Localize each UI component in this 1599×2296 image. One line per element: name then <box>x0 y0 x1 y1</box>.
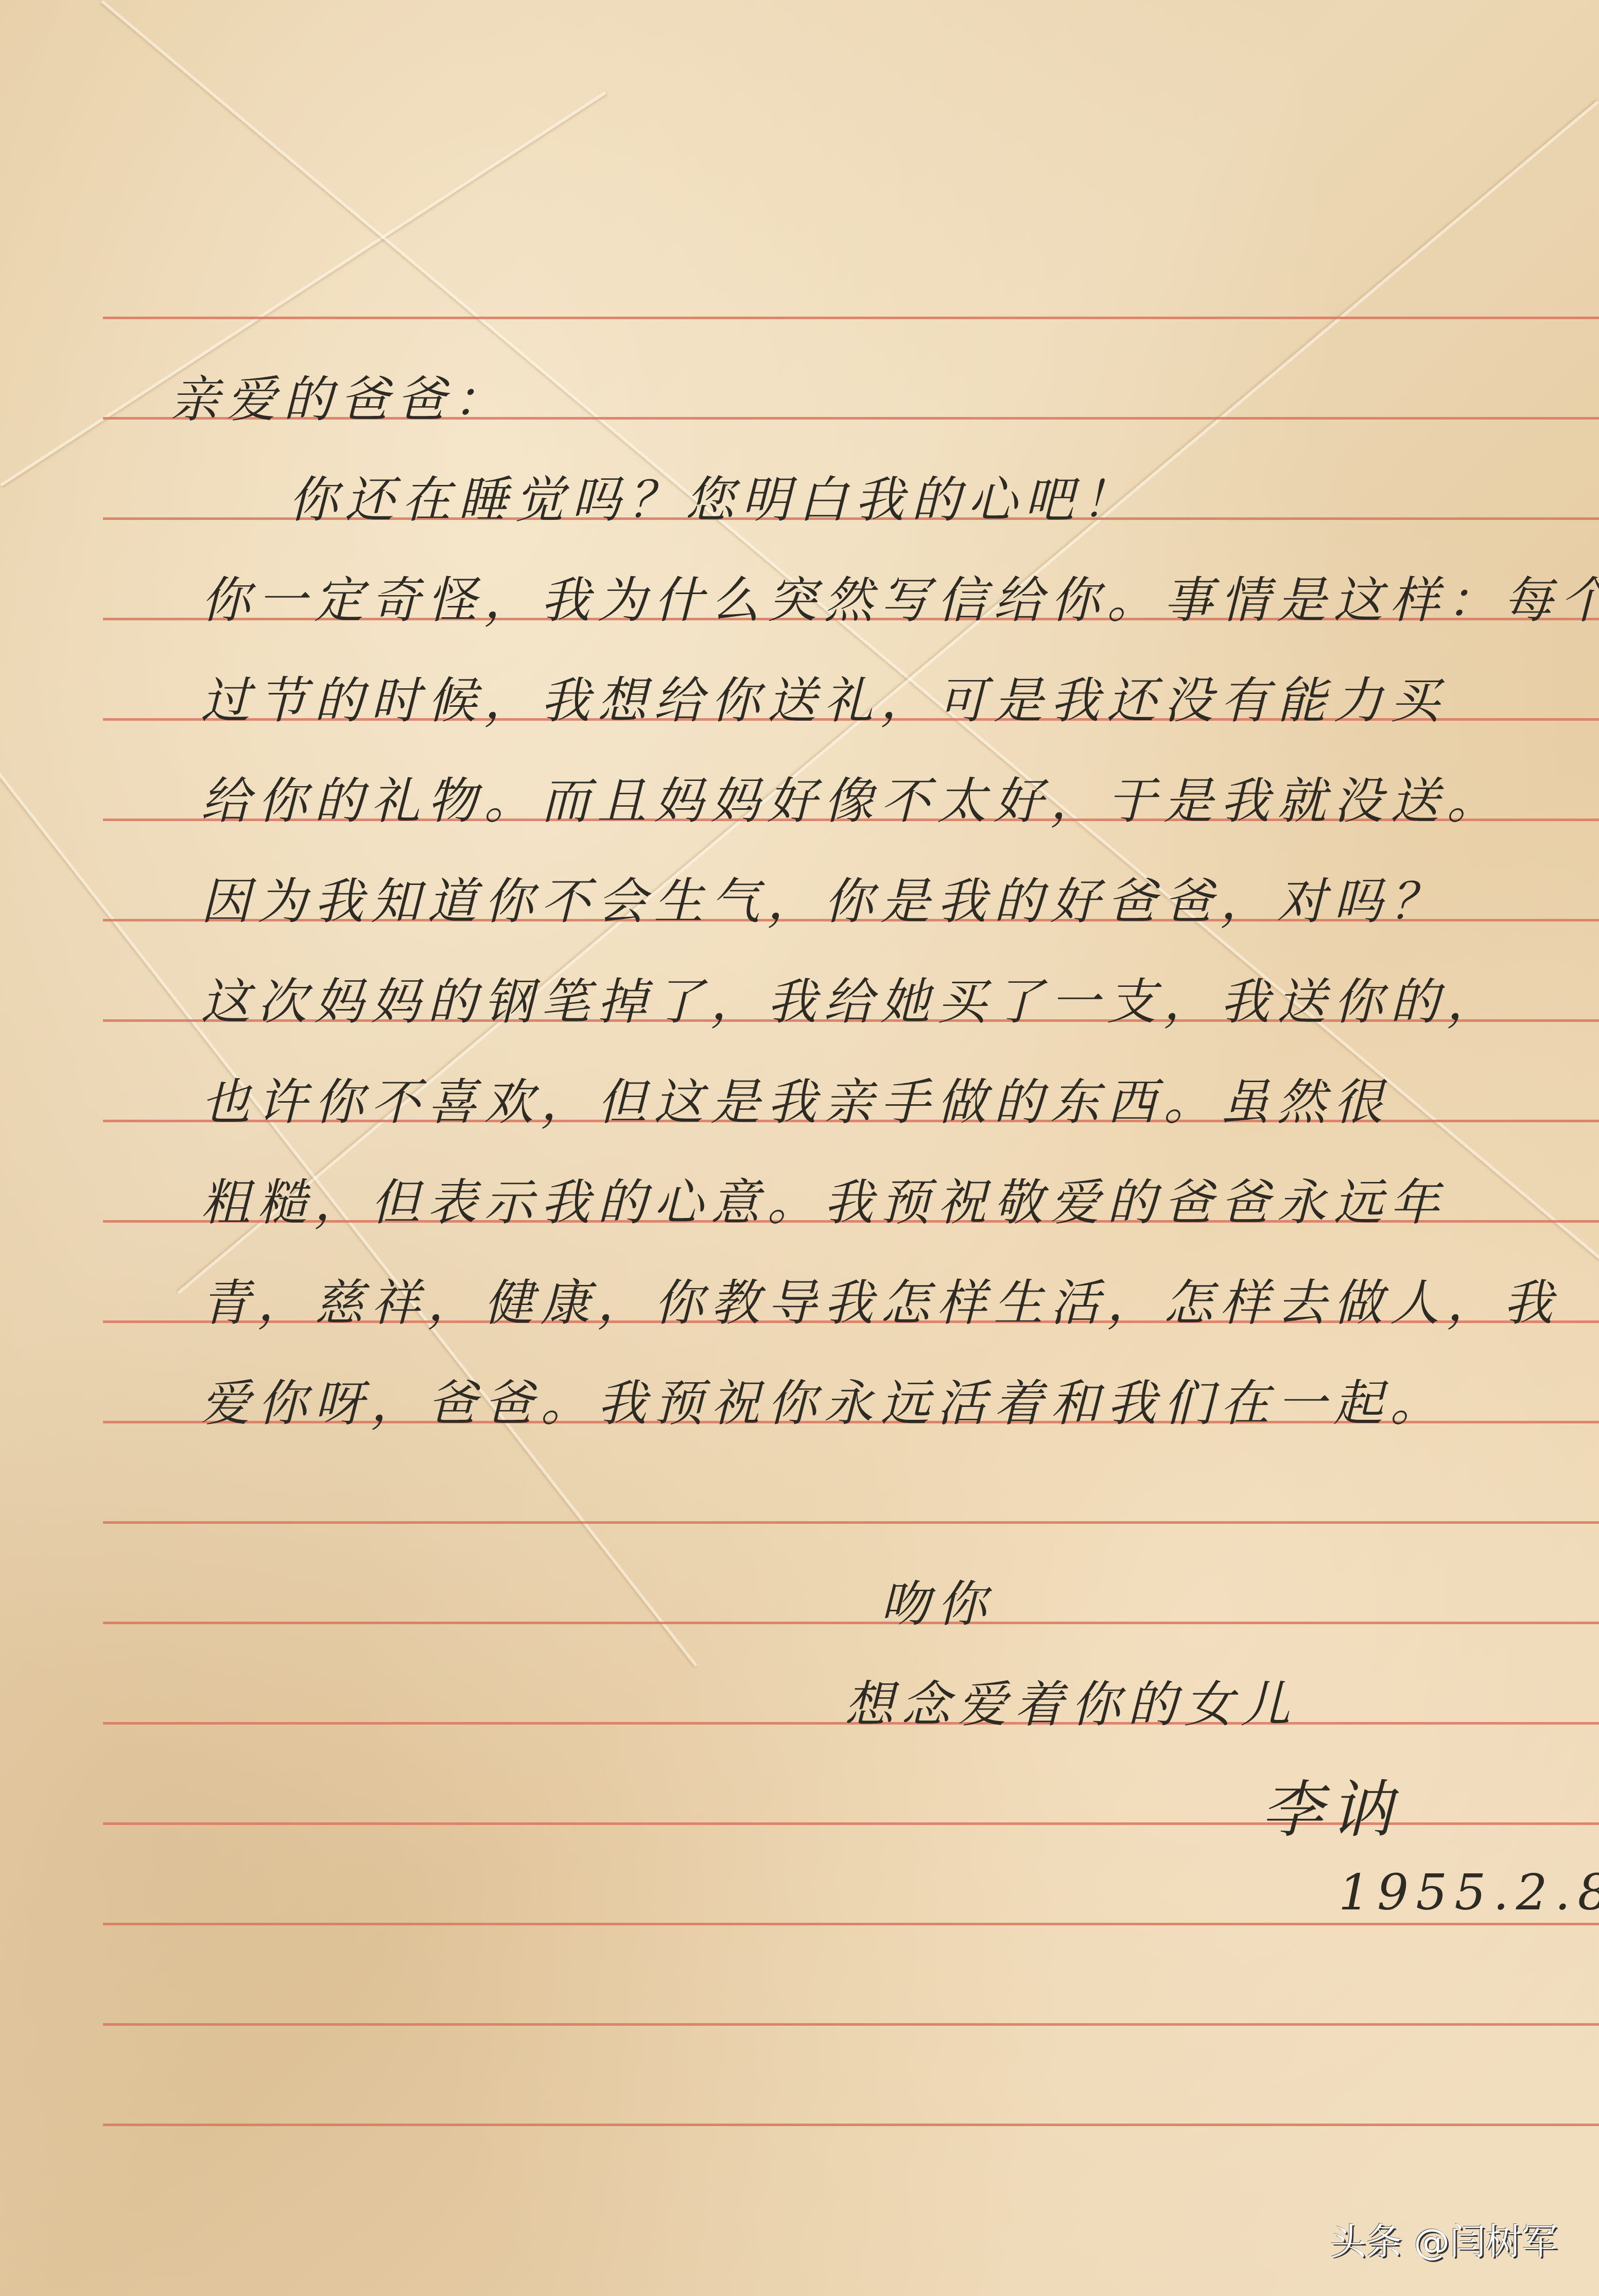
signature: 李讷 <box>1261 1761 1399 1849</box>
letter-line: 你一定奇怪，我为什么突然写信给你。事情是这样：每个 <box>201 561 1599 632</box>
letter-line: 也许你不喜欢，但这是我亲手做的东西。虽然很 <box>201 1063 1390 1134</box>
ruled-line <box>103 1521 1599 1524</box>
date: 1955.2.8 <box>1339 1864 1599 1921</box>
letter-line: 这次妈妈的钢笔掉了，我给她买了一支，我送你的， <box>201 963 1503 1033</box>
closing: 吻你 <box>880 1565 994 1636</box>
ruled-line <box>103 2124 1599 2126</box>
letter-line: 给你的礼物。而且妈妈好像不太好，于是我就没送。 <box>201 762 1503 832</box>
letter-line: 因为我知道你不会生气，你是我的好爸爸，对吗？ <box>201 862 1447 933</box>
ruled-line <box>103 1622 1599 1624</box>
ruled-line <box>103 1923 1599 1925</box>
letter-line: 过节的时候，我想给你送礼，可是我还没有能力买 <box>201 662 1447 732</box>
letter-line: 青，慈祥，健康，你教导我怎样生活，怎样去做人，我 <box>201 1264 1560 1334</box>
letter-line: 粗糙，但表示我的心意。我预祝敬爱的爸爸永远年 <box>201 1163 1447 1234</box>
salutation: 亲爱的爸爸： <box>170 360 510 431</box>
letter-paper: 亲爱的爸爸： 你还在睡觉吗？您明白我的心吧！ 你一定奇怪，我为什么突然写信给你。… <box>0 0 1599 2296</box>
ruled-line <box>103 2023 1599 2026</box>
ruled-line <box>103 317 1599 319</box>
letter-line: 爱你呀，爸爸。我预祝你永远活着和我们在一起。 <box>201 1364 1447 1435</box>
closing-line-2: 想念爱着你的女儿 <box>844 1665 1297 1736</box>
letter-line: 你还在睡觉吗？您明白我的心吧！ <box>288 461 1138 531</box>
watermark: 头条 @闫树军 <box>1330 2213 1558 2265</box>
